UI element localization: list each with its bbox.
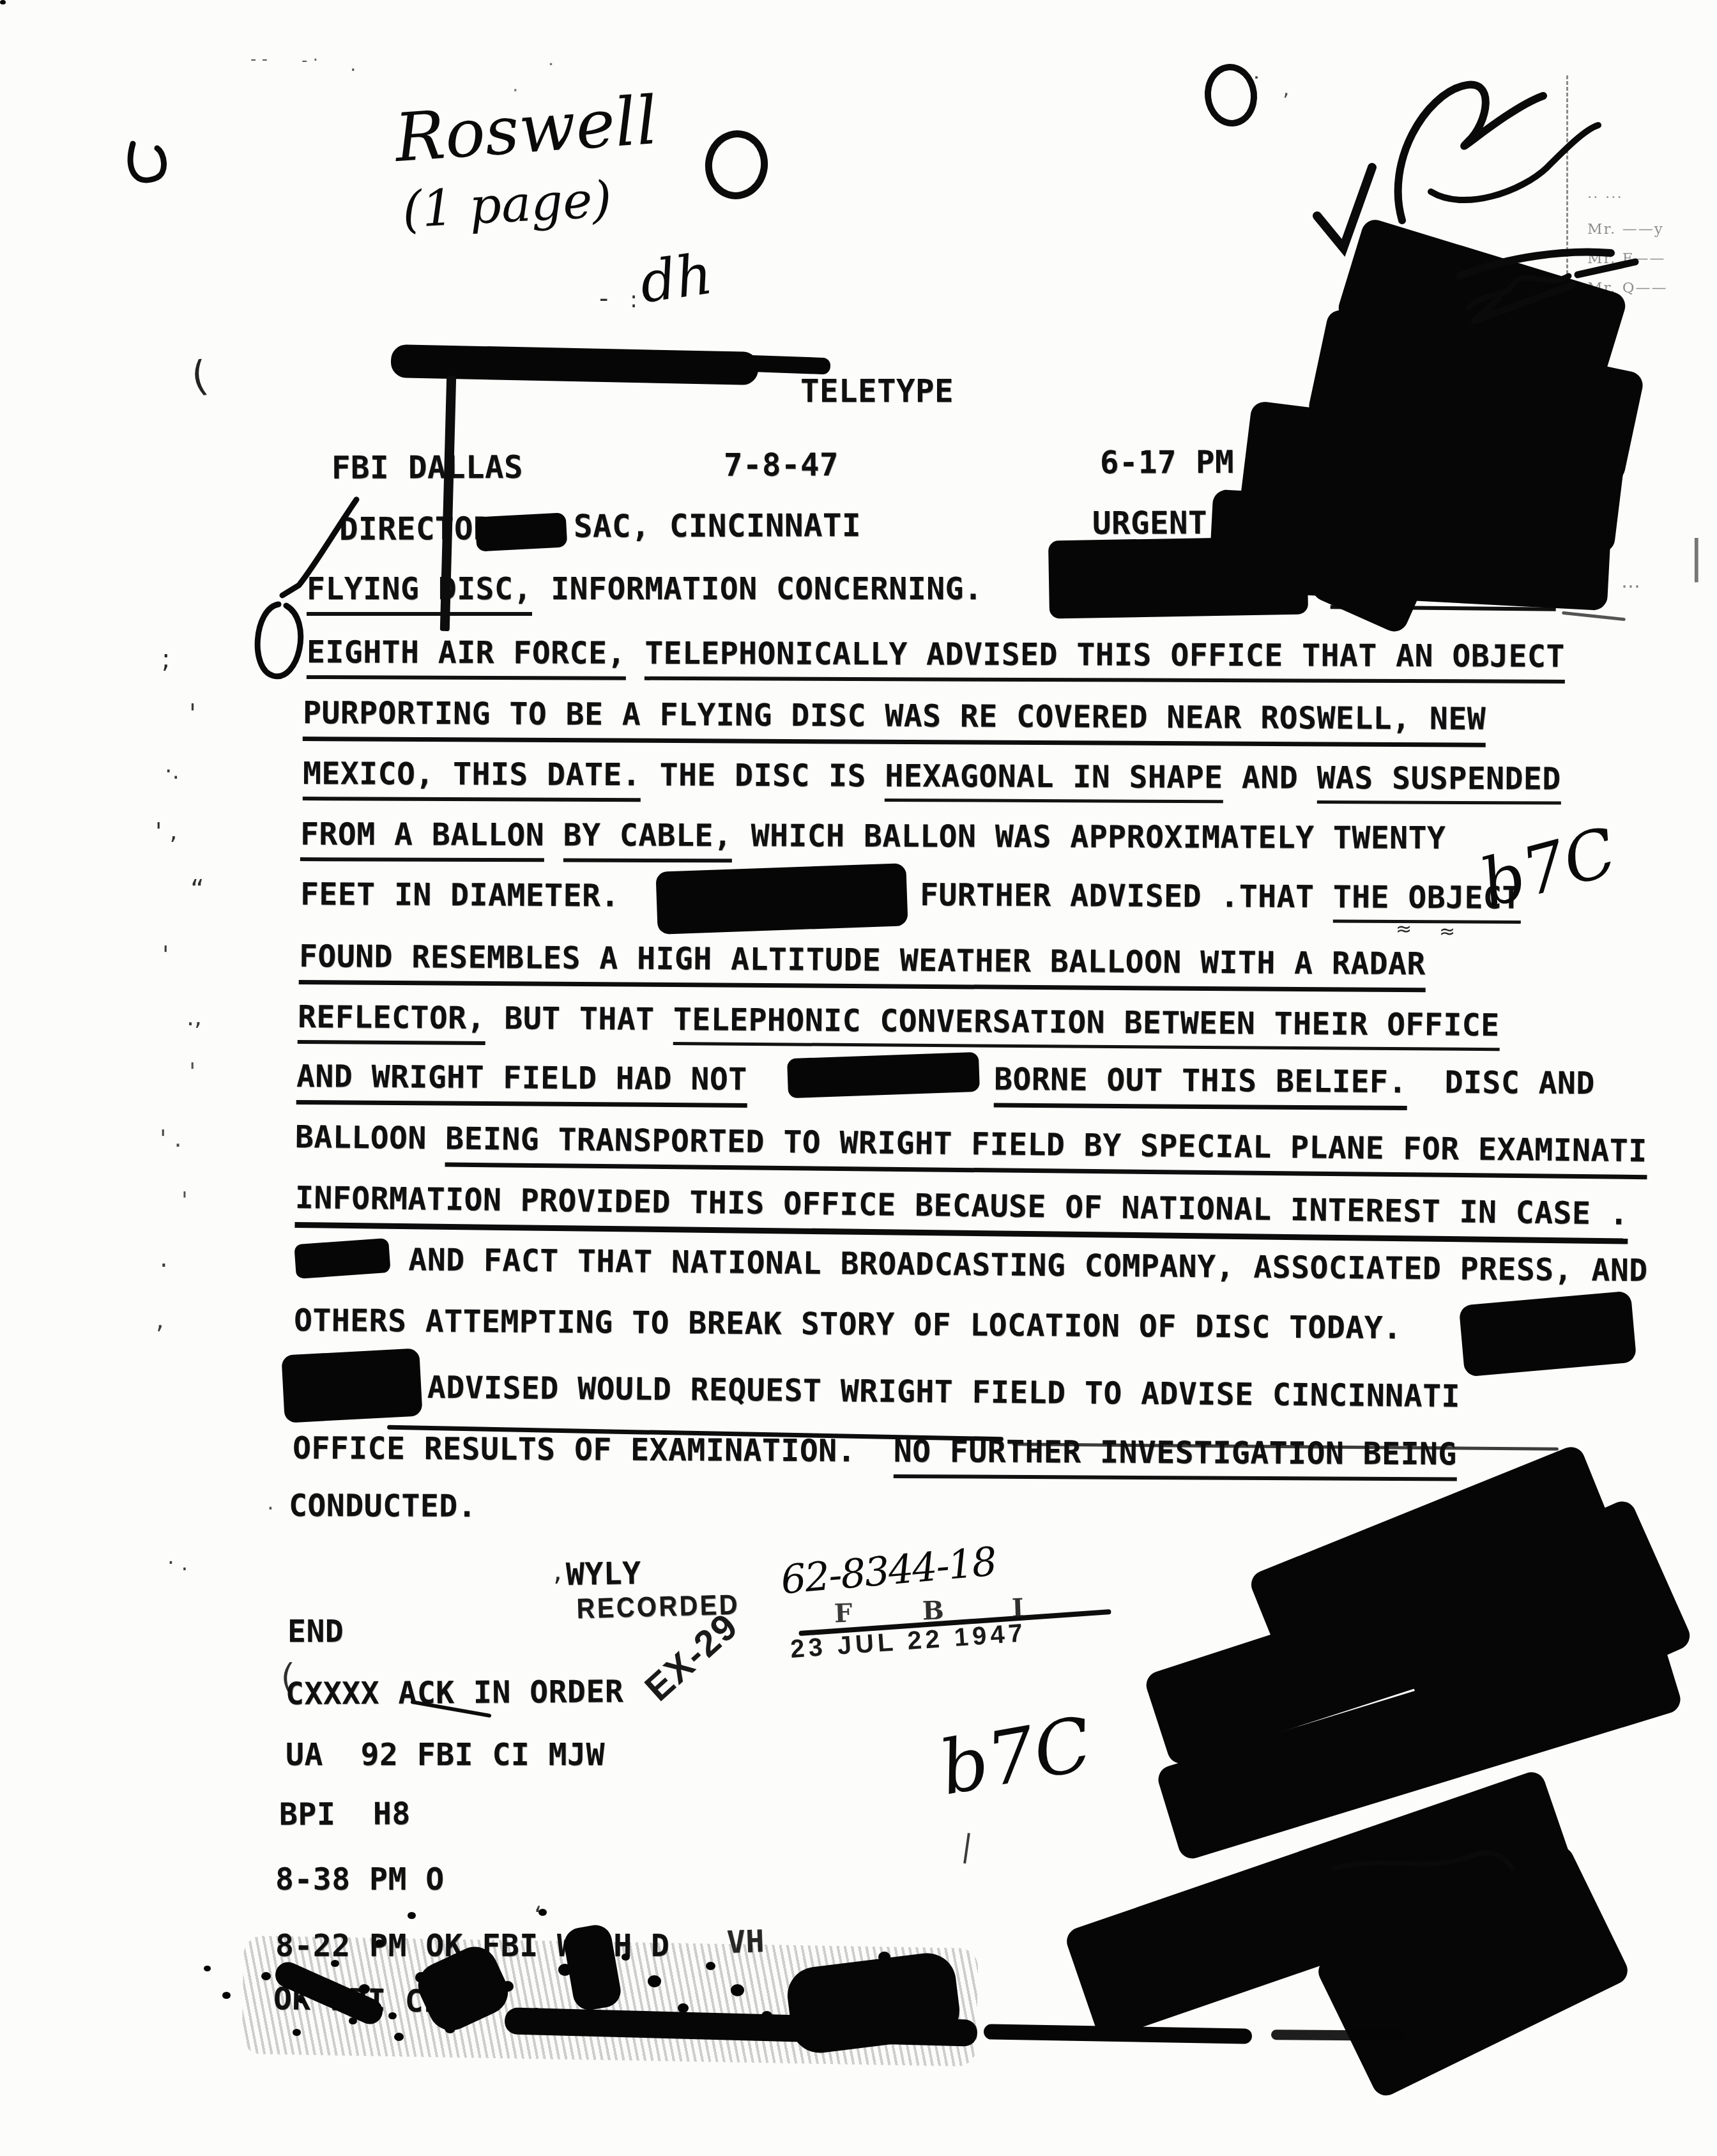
director-loop	[257, 604, 300, 677]
cc-scribble-tail	[1334, 1853, 1513, 1869]
director-check-slash	[282, 500, 356, 595]
margin-hook-mark	[130, 144, 164, 180]
checkmark-icon	[1317, 167, 1372, 248]
fbi-teletype-document-scan: Roswell (1 page) dh ·· ···Mr. ——yMr. F——…	[0, 0, 1717, 2156]
scribble-gw-tail	[1431, 125, 1598, 200]
pen-scribbles-overlay	[0, 0, 1717, 2156]
